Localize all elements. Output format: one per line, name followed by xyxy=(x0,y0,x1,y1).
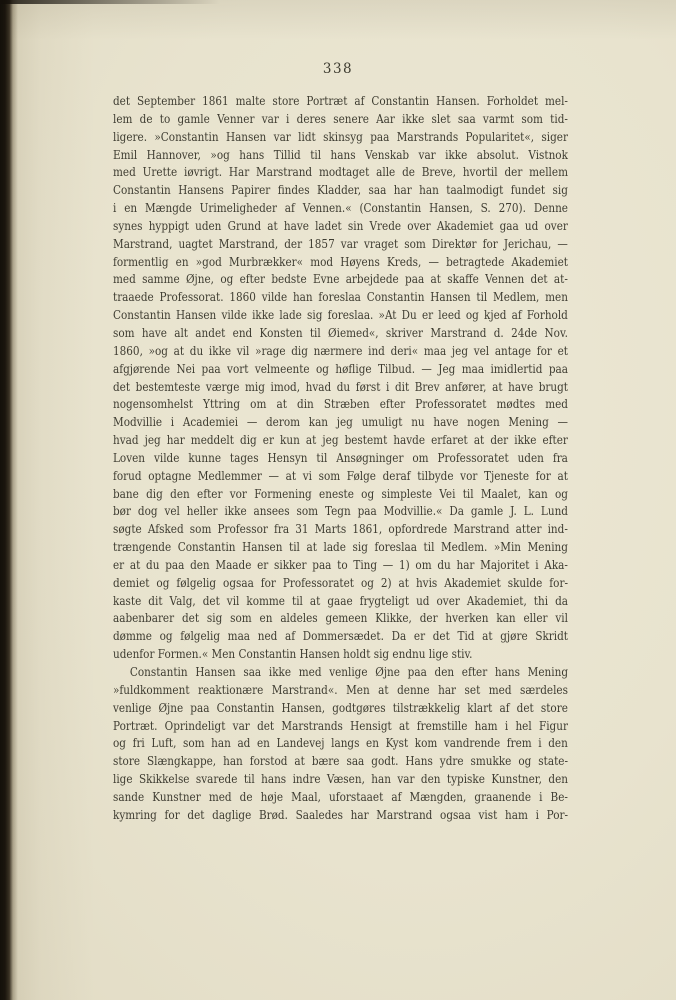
text-line: ogfriLuft,somhanadenLandevejlangsenKystk… xyxy=(113,734,568,752)
text-line: forudoptagneMedlemmer—atvisomFølgederaft… xyxy=(113,467,568,485)
text-line: kasteditValg,detvilkommetilatgaaefrygtel… xyxy=(113,592,568,610)
text-line: børdogvelhellerikkeanseessomTegnpaaModvi… xyxy=(113,502,568,520)
text-line: traaedeProfessorat.1860vildehanforeslaaC… xyxy=(113,288,568,306)
text-line: Marstrand,uagtetMarstrand,der1857varvrag… xyxy=(113,235,568,253)
text-line: ModvillieiAcademiei—deromkanjegumuligtnu… xyxy=(113,413,568,431)
text-line: EmilHannover,»oghansTillidtilhansVenskab… xyxy=(113,146,568,164)
text-line: 1860,»ogatduikkevil»ragedignærmereindder… xyxy=(113,342,568,360)
text-line: dømmeogfølgeligmaanedafDommersædet.Daerd… xyxy=(113,627,568,645)
book-page: 338 detSeptember1861maltestorePortrætafC… xyxy=(0,0,676,1000)
text-line: søgteAfskedsomProfessorfra31Marts1861,op… xyxy=(113,520,568,538)
text-line: eratdupaadenMaadeersikkerpaatoTing—1)omd… xyxy=(113,556,568,574)
text-line: banedigdeneftervorFormeningenesteogsimpl… xyxy=(113,485,568,503)
text-line: venligeØjnepaaConstantinHansen,godtgøres… xyxy=(113,699,568,717)
text-line: udenfor Formen.« Men Constantin Hansen h… xyxy=(113,645,568,663)
text-line: somhavealtandetendKonstentilØiemed«,skri… xyxy=(113,324,568,342)
text-line: ligeSkikkelsesvaredetilhansindreVæsen,ha… xyxy=(113,770,568,788)
text-line: ienMængdeUrimelighederafVennen.«(Constan… xyxy=(113,199,568,217)
text-line: ConstantinHansensPapirerfindesKladder,sa… xyxy=(113,181,568,199)
text-line: formentligen»godMurbrækker«modHøyensKred… xyxy=(113,253,568,271)
text-line: ConstantinHansenvildeikkeladesigforeslaa… xyxy=(113,306,568,324)
text-line: ConstantinHansensaaikkemedvenligeØjnepaa… xyxy=(113,663,568,681)
text-line: storeSlængkappe,hanforstodatbæresaagodt.… xyxy=(113,752,568,770)
text-line: detSeptember1861maltestorePortrætafConst… xyxy=(113,92,568,110)
text-line: medUretteiøvrigt.HarMarstrandmodtagetall… xyxy=(113,163,568,181)
text-line: »fuldkommentreaktionæreMarstrand«.Menatd… xyxy=(113,681,568,699)
text-line: demietogfølgeligogsaaforProfessoratetog2… xyxy=(113,574,568,592)
text-line: ligere.»ConstantinHansenvarlidtskinsygpa… xyxy=(113,128,568,146)
scan-edge-shadow xyxy=(0,0,220,4)
text-line: sandeKunstnermeddehøjeMaal,uforstaaetafM… xyxy=(113,788,568,806)
text-line: lemdetogamleVennervarideressenereAarikke… xyxy=(113,110,568,128)
text-line: syneshyppigtudenGrundathaveladetsinVrede… xyxy=(113,217,568,235)
text-line: trængendeConstantinHansentilatladesigfor… xyxy=(113,538,568,556)
page-text: detSeptember1861maltestorePortrætafConst… xyxy=(113,92,568,824)
book-gutter-edge xyxy=(0,0,18,1000)
text-line: hvadjegharmeddeltdigerkunatjegbestemthav… xyxy=(113,431,568,449)
text-line: medsammeØjne,ogefterbedsteEvnearbejdedep… xyxy=(113,270,568,288)
text-line: LovenvildekunnetagesHensyntilAnsøgninger… xyxy=(113,449,568,467)
text-line: detbestemtesteværgemigimod,hvadduførstid… xyxy=(113,378,568,396)
text-line: kymringfordetdagligeBrød.SaaledesharMars… xyxy=(113,806,568,824)
text-line: nogensomhelstYttringomatdinStræbenefterP… xyxy=(113,395,568,413)
text-line: aabenbarerdetsigsomenaldelesgemeenKlikke… xyxy=(113,609,568,627)
text-line: Portræt.OprindeligtvardetMarstrandsHensi… xyxy=(113,717,568,735)
text-line: afgjørendeNeipaavortvelmeenteoghøfligeTi… xyxy=(113,360,568,378)
page-number: 338 xyxy=(0,61,676,77)
